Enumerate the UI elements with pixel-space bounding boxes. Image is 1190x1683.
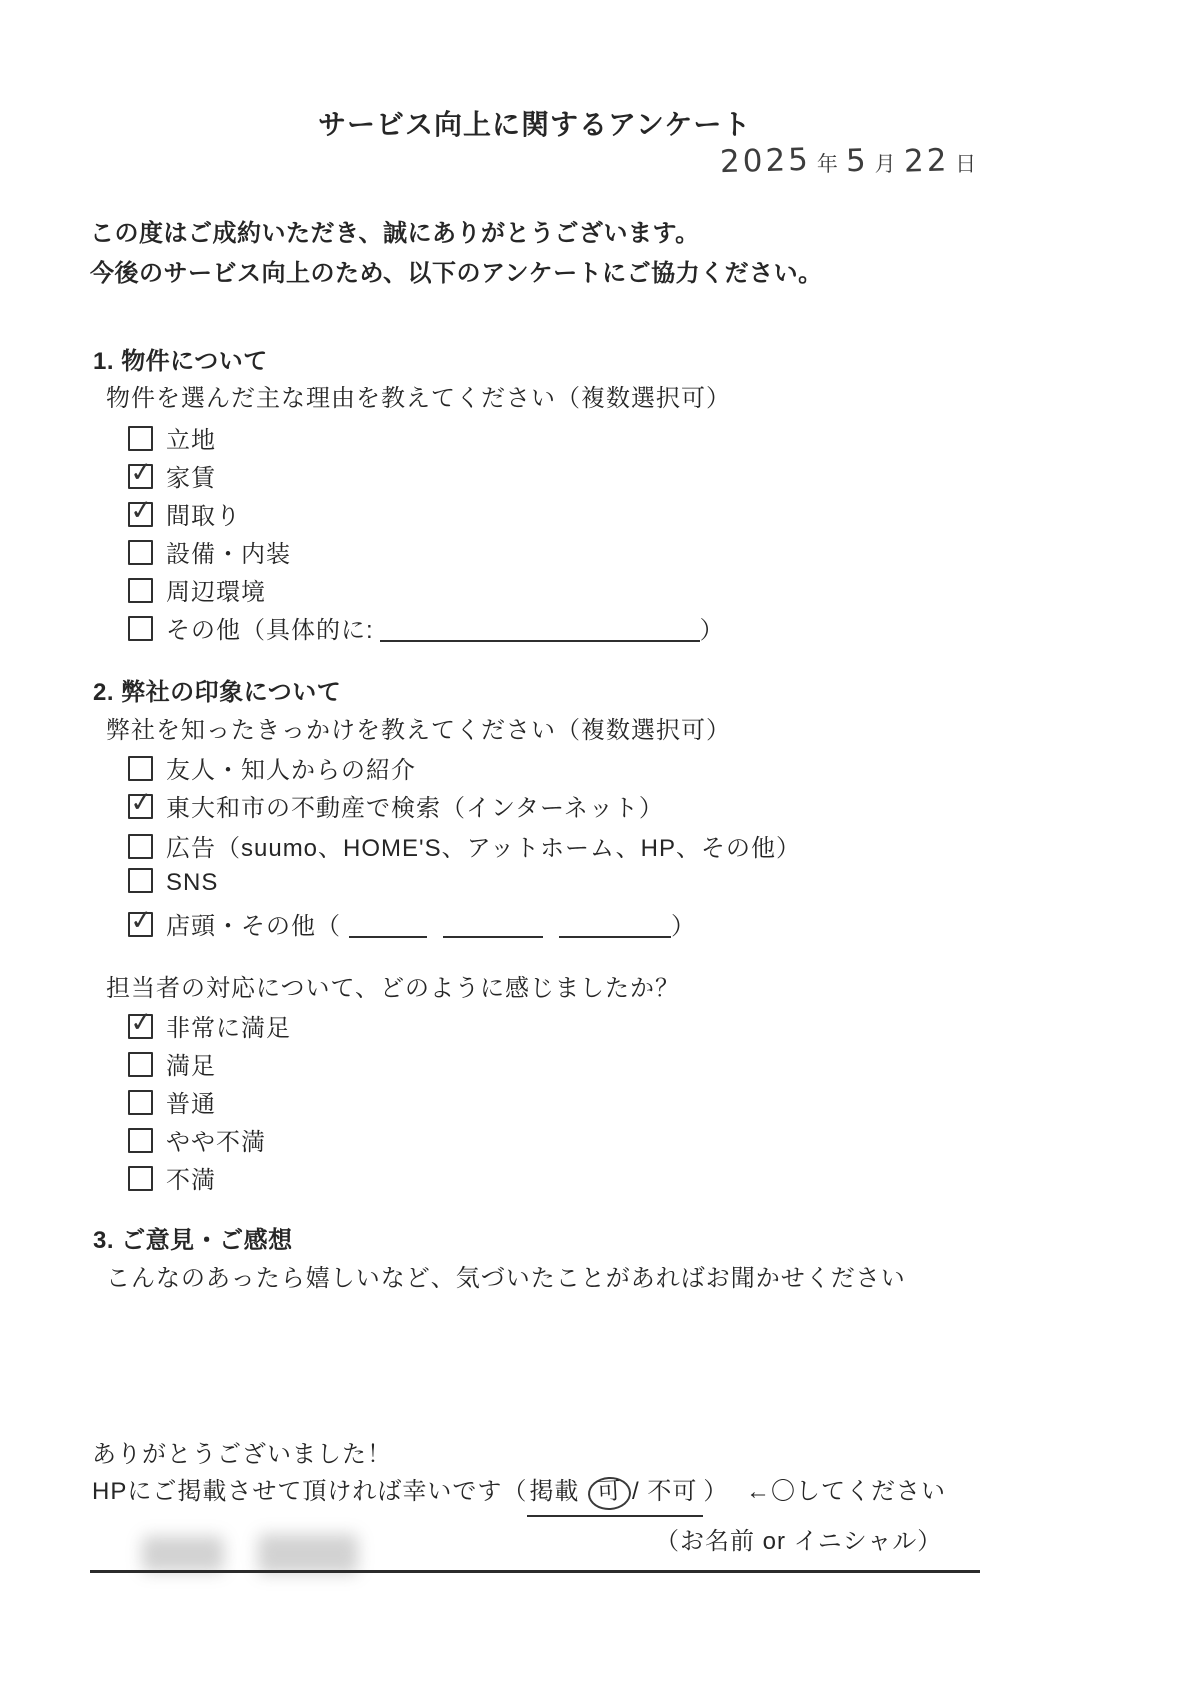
option-internet-search: ✓東大和市の不動産で検索（インターネット） <box>128 788 664 823</box>
option-rent: ✓家賃 <box>128 458 216 493</box>
option-floorplan: ✓間取り <box>128 496 241 531</box>
hp-circle-instruction: ←〇してください <box>746 1478 946 1505</box>
option-storefront-other: ✓店頭・その他（） <box>128 906 696 941</box>
date-month-unit: 月 <box>875 153 896 176</box>
hp-keisai-label: 掲載 <box>529 1478 579 1505</box>
checkbox-checked-icon: ✓ <box>128 1014 153 1039</box>
section2-number: 2. <box>93 679 114 706</box>
option-other-reason: その他（具体的に:） <box>128 610 725 645</box>
checkbox-unchecked-icon <box>128 426 153 451</box>
checkbox-unchecked-icon <box>128 868 153 893</box>
checkbox-unchecked-icon <box>128 1128 153 1153</box>
hp-slash: / <box>632 1478 640 1505</box>
checkbox-unchecked-icon <box>128 756 153 781</box>
hp-permission-line: HPにご掲載させて頂ければ幸いです（掲載 可/ 不可） ←〇してください <box>92 1471 946 1517</box>
option-label: 不満 <box>166 1167 216 1194</box>
option-somewhat-dissatisfied: やや不満 <box>128 1122 266 1157</box>
option-label: 店頭・その他（ <box>166 913 341 940</box>
date-day-handwritten: 22 <box>903 142 949 179</box>
option-label: 周辺環境 <box>166 579 266 606</box>
option-very-satisfied: ✓非常に満足 <box>128 1008 291 1043</box>
signature-baseline <box>90 1570 980 1573</box>
check-mark-icon: ✓ <box>129 906 155 935</box>
hp-deny-label: 不可 <box>647 1478 697 1505</box>
option-satisfied: 満足 <box>128 1046 216 1081</box>
check-mark-icon: ✓ <box>129 788 155 817</box>
checkbox-checked-icon: ✓ <box>128 464 153 489</box>
option-referral: 友人・知人からの紹介 <box>128 750 416 785</box>
option-suffix: ） <box>700 617 725 644</box>
option-surroundings: 周辺環境 <box>128 572 266 607</box>
date-line: 2025年5月22日 <box>720 143 976 179</box>
check-mark-icon: ✓ <box>129 458 155 487</box>
redacted-handwritten-name-part1 <box>142 1536 224 1572</box>
option-label: 東大和市の不動産で検索（インターネット） <box>166 795 664 822</box>
option-location: 立地 <box>128 420 216 455</box>
option-label: 普通 <box>166 1091 216 1118</box>
hp-choice-underlined-group: 掲載 可/ 不可 <box>527 1471 703 1517</box>
option-label: 満足 <box>166 1053 216 1080</box>
section3-number: 3. <box>93 1227 114 1254</box>
checkbox-unchecked-icon <box>128 578 153 603</box>
option-label: SNS <box>166 869 218 896</box>
thanks-text: ありがとうございました！ <box>92 1434 392 1469</box>
checkbox-checked-icon: ✓ <box>128 794 153 819</box>
section1-question: 物件を選んだ主な理由を教えてください（複数選択可） <box>106 378 731 413</box>
checkbox-unchecked-icon <box>128 1090 153 1115</box>
checkbox-unchecked-icon <box>128 834 153 859</box>
option-label: 友人・知人からの紹介 <box>166 757 416 784</box>
storefront-blank-1 <box>349 912 427 938</box>
scanned-survey-document: サービス向上に関するアンケート 2025年5月22日 この度はご成約いただき、誠… <box>0 0 1190 1683</box>
storefront-blank-2 <box>443 912 543 938</box>
hand-circle-around-allow: 可 <box>587 1476 632 1511</box>
hp-line-close-paren: ） <box>703 1478 728 1505</box>
date-year-handwritten: 2025 <box>720 142 812 180</box>
option-label: 設備・内装 <box>166 541 291 568</box>
option-label: その他（具体的に: <box>166 617 374 644</box>
date-month-handwritten: 5 <box>845 143 869 180</box>
date-year-unit: 年 <box>817 153 838 176</box>
section2-question1: 弊社を知ったきっかけを教えてください（複数選択可） <box>106 710 731 745</box>
option-sns: SNS <box>128 868 218 897</box>
option-label: 間取り <box>166 503 241 530</box>
option-equipment: 設備・内装 <box>128 534 291 569</box>
option-dissatisfied: 不満 <box>128 1160 216 1195</box>
checkbox-unchecked-icon <box>128 1052 153 1077</box>
option-label: 家賃 <box>166 465 216 492</box>
section1-title: 物件について <box>121 348 268 375</box>
option-neutral: 普通 <box>128 1084 216 1119</box>
option-label: 立地 <box>166 427 216 454</box>
hp-line-prefix: HPにご掲載させて頂ければ幸いです（ <box>92 1478 527 1505</box>
section2-title: 弊社の印象について <box>121 679 341 706</box>
option-advertisement: 広告（suumo、HOME'S、アットホーム、HP、その他） <box>128 828 801 863</box>
section3-title: ご意見・ご感想 <box>121 1227 293 1254</box>
other-reason-blank-line <box>380 616 700 642</box>
section3-heading: 3. ご意見・ご感想 <box>93 1220 293 1255</box>
checkbox-unchecked-icon <box>128 1166 153 1191</box>
redacted-handwritten-name-part2 <box>258 1534 358 1574</box>
name-or-initial-label: （お名前 or イニシャル） <box>655 1521 942 1556</box>
date-day-unit: 日 <box>955 153 976 176</box>
page-title: サービス向上に関するアンケート <box>318 103 751 143</box>
section2-heading: 2. 弊社の印象について <box>93 672 341 707</box>
section1-heading: 1. 物件について <box>93 341 268 376</box>
checkbox-unchecked-icon <box>128 540 153 565</box>
section1-number: 1. <box>93 348 114 375</box>
option-label: 非常に満足 <box>166 1015 291 1042</box>
option-label: 広告（suumo、HOME'S、アットホーム、HP、その他） <box>166 835 801 862</box>
storefront-blank-3 <box>559 912 671 938</box>
option-label: やや不満 <box>166 1129 266 1156</box>
checkbox-checked-icon: ✓ <box>128 502 153 527</box>
intro-line-1: この度はご成約いただき、誠にありがとうございます。 <box>90 213 700 248</box>
checkbox-checked-icon: ✓ <box>128 912 153 937</box>
check-mark-icon: ✓ <box>129 1008 155 1037</box>
checkbox-unchecked-icon <box>128 616 153 641</box>
intro-line-2: 今後のサービス向上のため、以下のアンケートにご協力ください。 <box>90 253 823 288</box>
section2-question2: 担当者の対応について、どのように感じましたか？ <box>106 968 680 1003</box>
option-suffix: ） <box>671 913 696 940</box>
section3-prompt: こんなのあったら嬉しいなど、気づいたことがあればお聞かせください <box>106 1258 906 1293</box>
check-mark-icon: ✓ <box>129 496 155 525</box>
